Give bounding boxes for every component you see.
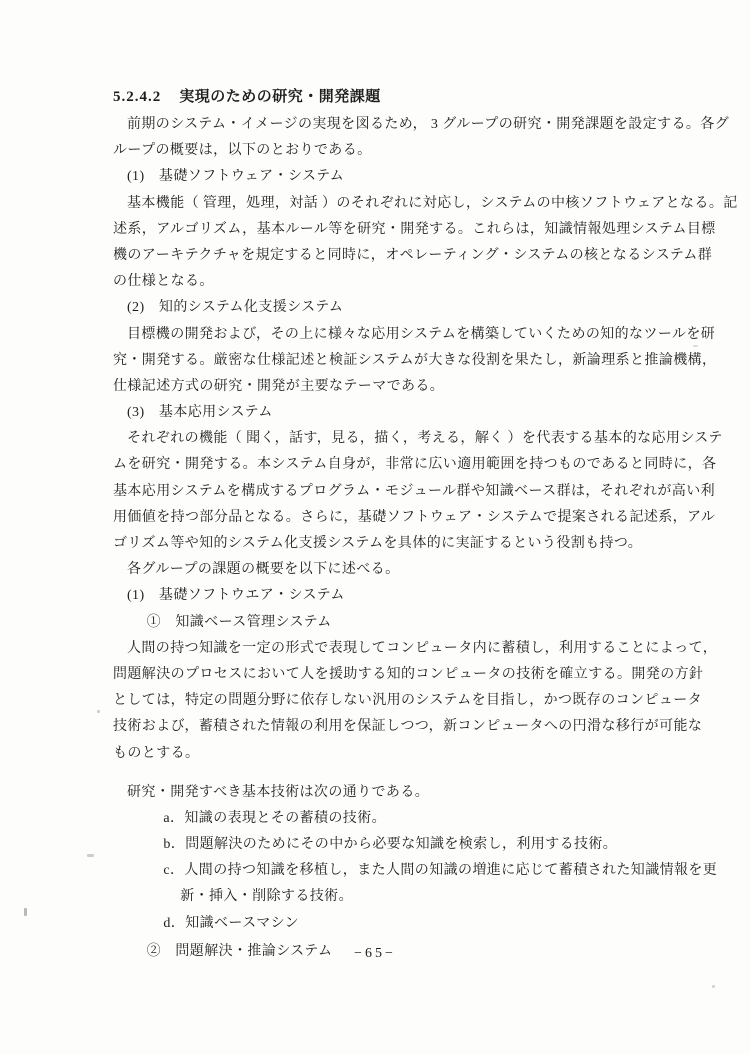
lettered-item: a．知識の表現とその蓄積の技術。 xyxy=(113,806,653,832)
paragraph-line: 目標機の開発および，その上に様々な応用システムを構築していくための知的なツールを… xyxy=(113,322,653,348)
paragraph-line: 述系，アルゴリズム，基本ルール等を研究・開発する。これらは，知識情報処理システム… xyxy=(113,217,653,243)
lettered-item: b．問題解決のためにその中から必要な知識を検索し，利用する技術。 xyxy=(113,832,653,858)
section-heading: 5.2.4.2実現のための研究・開発課題 xyxy=(113,86,381,108)
paragraph-line: 究・開発する。厳密な仕様記述と検証システムが大きな役割を果たし，新論理系と推論機… xyxy=(113,348,653,374)
list-item: (1) 基礎ソフトウエア・システム xyxy=(113,583,653,609)
list-item: (3) 基本応用システム xyxy=(113,400,653,426)
paragraph-line: ゴリズム等や知的システム化支援システムを具体的に実証するという役割も持つ。 xyxy=(113,531,653,557)
section-number: 5.2.4.2 xyxy=(113,89,161,105)
paragraph-line: 人間の持つ知識を一定の形式で表現してコンピュータ内に蓄積し，利用することによって… xyxy=(113,636,653,662)
paragraph-line: 各グループの課題の概要を以下に述べる。 xyxy=(113,557,653,583)
list-item: (2) 知的システム化支援システム xyxy=(113,295,653,321)
lettered-item: c．人間の持つ知識を移植し，また人間の知識の増進に応じて蓄積された知識情報を更 xyxy=(113,858,653,884)
page-number: −65− xyxy=(0,946,750,962)
scan-speck xyxy=(87,854,94,857)
circled-item: ① 知識ベース管理システム xyxy=(113,610,653,636)
scan-speck xyxy=(97,710,100,713)
paragraph-line: 機のアーキテクチャを規定すると同時に，オペレーティング・システムの核となるシステ… xyxy=(113,243,653,269)
scan-speck xyxy=(712,985,715,988)
paragraph-line: それぞれの機能（ 聞く，話す，見る，描く，考える，解く ）を代表する基本的な応用… xyxy=(113,426,653,452)
paragraph-line: ループの概要は，以下のとおりである。 xyxy=(113,138,653,164)
paragraph-line: ものとする。 xyxy=(113,741,653,767)
lettered-item-continuation: 新・挿入・削除する技術。 xyxy=(113,884,653,910)
paragraph-line: 基本応用システムを構成するプログラム・モジュール群や知識ベース群は，それぞれが高… xyxy=(113,479,653,505)
paragraph-line: 技術および，蓄積された情報の利用を保証しつつ，新コンピュータへの円滑な移行が可能… xyxy=(113,714,653,740)
paragraph-line: 基本機能（ 管理，処理，対話 ）のそれぞれに対応し，システムの中核ソフトウェアと… xyxy=(113,191,653,217)
paragraph-line: 用価値を持つ部分品となる。さらに，基礎ソフトウェア・システムで提案される記述系，… xyxy=(113,505,653,531)
paragraph-line: 仕様記述方式の研究・開発が主要なテーマである。 xyxy=(113,374,653,400)
lettered-item: d．知識ベースマシン xyxy=(113,911,653,937)
section-title: 実現のための研究・開発課題 xyxy=(179,89,381,105)
scan-speck xyxy=(693,345,698,347)
paragraph-line: 問題解決のプロセスにおいて人を援助する知的コンピュータの技術を確立する。開発の方… xyxy=(113,662,653,688)
paragraph-line: の仕様となる。 xyxy=(113,269,653,295)
scanned-document-page: 5.2.4.2実現のための研究・開発課題 前期のシステム・イメージの実現を図るた… xyxy=(0,0,750,1054)
document-body: 前期のシステム・イメージの実現を図るため， 3 グループの研究・開発課題を設定す… xyxy=(113,112,653,965)
scan-speck xyxy=(24,908,27,916)
paragraph-line: としては，特定の問題分野に依存しない汎用のシステムを目指し，かつ既存のコンピュー… xyxy=(113,688,653,714)
paragraph-line: 研究・開発すべき基本技術は次の通りである。 xyxy=(113,780,653,806)
paragraph-line: ムを研究・開発する。本システム自身が，非常に広い適用範囲を持つものであると同時に… xyxy=(113,452,653,478)
list-item: (1) 基礎ソフトウェア・システム xyxy=(113,164,653,190)
paragraph-line: 前期のシステム・イメージの実現を図るため， 3 グループの研究・開発課題を設定す… xyxy=(113,112,653,138)
